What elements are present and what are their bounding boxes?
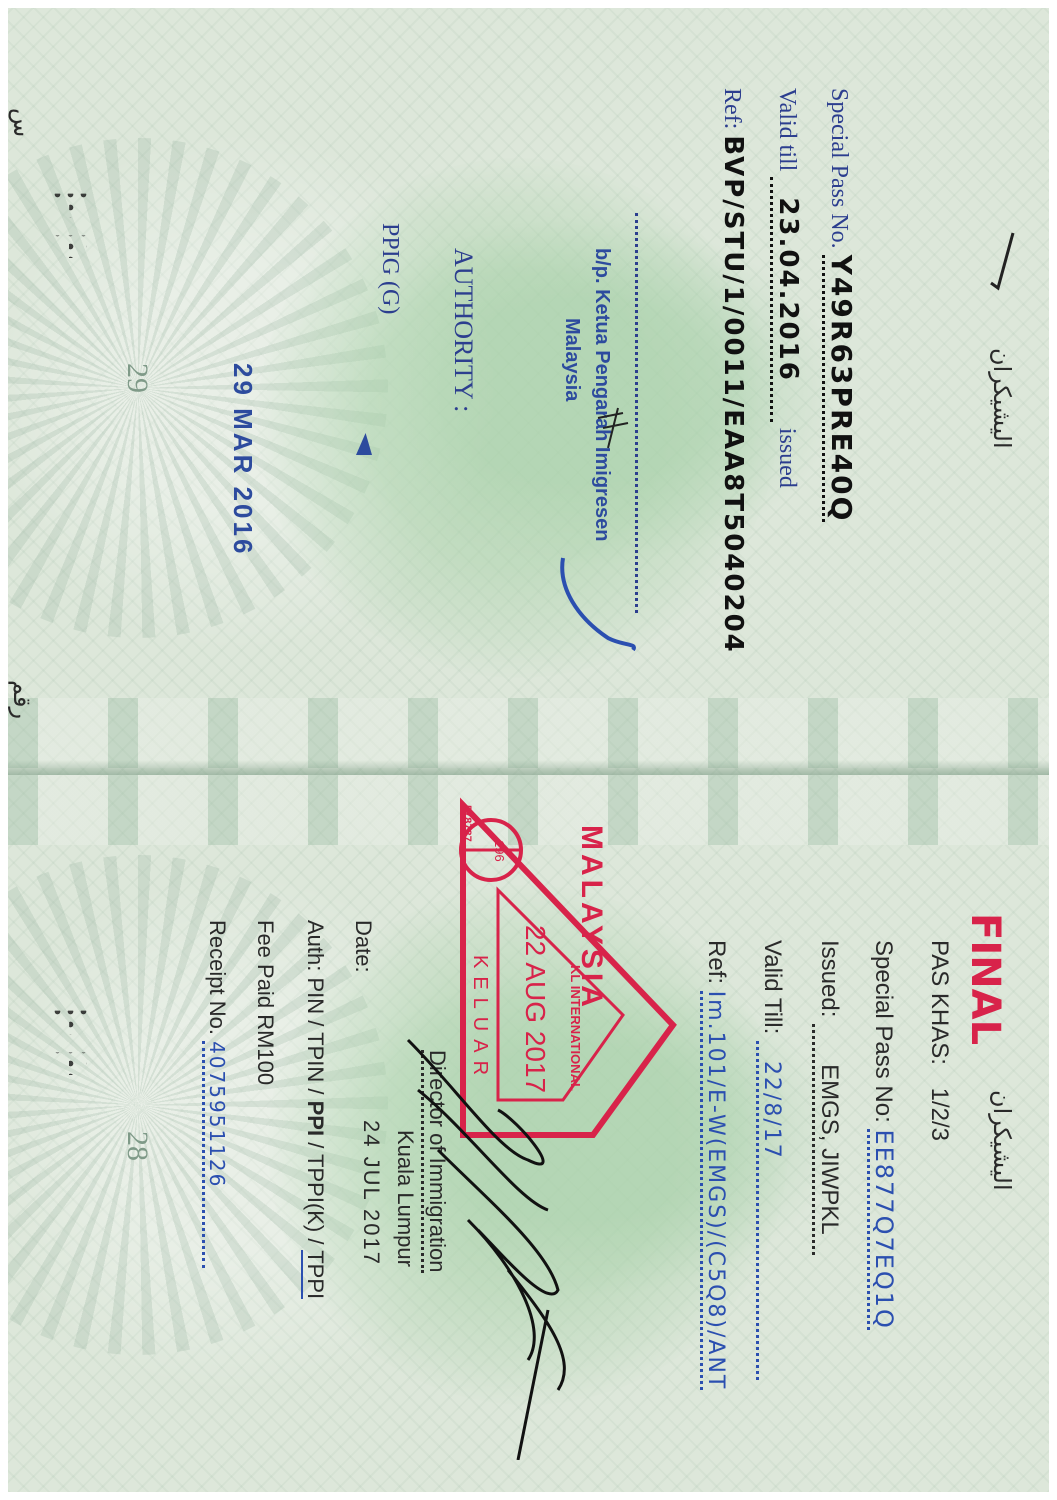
fee-paid-value: RM100 — [253, 1014, 278, 1085]
auth-option: PPI — [303, 1101, 328, 1136]
fee-paid-label: Fee Paid — [253, 920, 278, 1008]
auth-option: TPPI(K) — [303, 1154, 328, 1232]
officer-signature — [548, 388, 658, 668]
special-pass-row: Special Pass No. Y49R63PRE40Q — [822, 88, 858, 522]
ref-label: Ref: — [703, 940, 730, 984]
special-pass-label: Special Pass No: — [870, 940, 897, 1123]
fee-paid-row: Fee Paid RM100 — [252, 920, 278, 1085]
valid-till-value: 23.04.2016 — [770, 177, 803, 421]
director-signature — [378, 1030, 608, 1460]
perforated-passport-number: EF3461 — [35, 1005, 103, 1075]
auth-label: Auth: — [303, 920, 328, 971]
final-mark: FINAL — [962, 913, 1008, 1045]
stamp-code: 196 — [492, 840, 507, 862]
auth-row: Auth: PIN / TPIN / PPI / TPPI(K) / TPPI — [302, 920, 328, 1299]
issued-value: EMGS, JIWPKL — [812, 1024, 843, 1255]
passport-page-29: EF3461 29 س رقم اليشيكران Special Pass N… — [8, 8, 1049, 775]
perforation-text: EF3461 — [35, 188, 103, 258]
pas-khas-value: 1/2/3 — [926, 1072, 953, 1141]
pas-khas-row: PAS KHAS: 1/2/3 — [925, 940, 953, 1141]
date-label: Date: — [350, 920, 376, 973]
coat-of-arms-watermark — [258, 158, 778, 678]
perforated-passport-number: EF3461 — [35, 188, 103, 258]
ref-label: Ref: — [719, 88, 745, 129]
tick-mark — [983, 228, 1023, 308]
date-stamp: 29 MAR 2016 — [227, 363, 258, 556]
margin-arabic-top: س — [8, 108, 36, 137]
authority-value: PPIG (G) — [376, 223, 403, 314]
issued-label: Issued: — [816, 940, 843, 1017]
issued-row: Issued: EMGS, JIWPKL — [812, 940, 843, 1255]
valid-till-label: Valid Till: — [759, 940, 786, 1034]
valid-till-value: 22/8/17 — [756, 1041, 784, 1380]
auth-option: PIN — [303, 978, 328, 1015]
receipt-value: 4075951126 — [202, 1041, 229, 1268]
ref-row: Ref: BVP/STU/1/0011/EAA8T5040204 — [718, 88, 748, 654]
auth-option-selected: TPPI — [301, 1250, 328, 1299]
stamp-serial: 578787 — [461, 805, 473, 842]
valid-till-label: Valid till — [774, 88, 800, 171]
receipt-label: Receipt No. — [205, 920, 230, 1035]
special-pass-label: Special Pass No. — [826, 88, 852, 249]
special-pass-value: Y49R63PRE40Q — [822, 255, 858, 523]
decorative-border — [8, 698, 1049, 768]
perforation-text: EF3461 — [35, 1005, 103, 1075]
ref-row: Ref: Im.101/E-W(EMGS)/(C5Q8)/ANT — [700, 940, 730, 1390]
valid-till-row: Valid till 23.04.2016 issued — [770, 88, 803, 488]
receipt-row: Receipt No. 4075951126 — [202, 920, 230, 1268]
page-number: 28 — [120, 1131, 154, 1161]
page-header-arabic: اليشيكران — [988, 348, 1016, 449]
passport-scan: EF3461 29 س رقم اليشيكران Special Pass N… — [8, 8, 1049, 1492]
authority-label: AUTHORITY : — [448, 248, 478, 412]
margin-arabic-bottom: رقم — [8, 680, 36, 719]
date-value: 24 JUL 2017 — [358, 1120, 384, 1266]
ref-value: Im.101/E-W(EMGS)/(C5Q8)/ANT — [700, 991, 728, 1391]
pas-khas-label: PAS KHAS: — [926, 940, 953, 1065]
valid-till-row: Valid Till: 22/8/17 — [756, 940, 786, 1380]
passport-page-28: EF3461 28 اليشيكران FINAL PAS KHAS: 1/2/… — [8, 775, 1049, 1492]
special-pass-value: EE877Q7EQ1Q — [867, 1129, 898, 1330]
issued-label: issued — [774, 428, 800, 488]
auth-option: TPIN — [303, 1032, 328, 1082]
page-number: 29 — [120, 363, 154, 393]
page-header-arabic: اليشيكران — [988, 1090, 1016, 1191]
special-pass-row: Special Pass No: EE877Q7EQ1Q — [867, 940, 898, 1330]
ref-value: BVP/STU/1/0011/EAA8T5040204 — [718, 135, 748, 653]
